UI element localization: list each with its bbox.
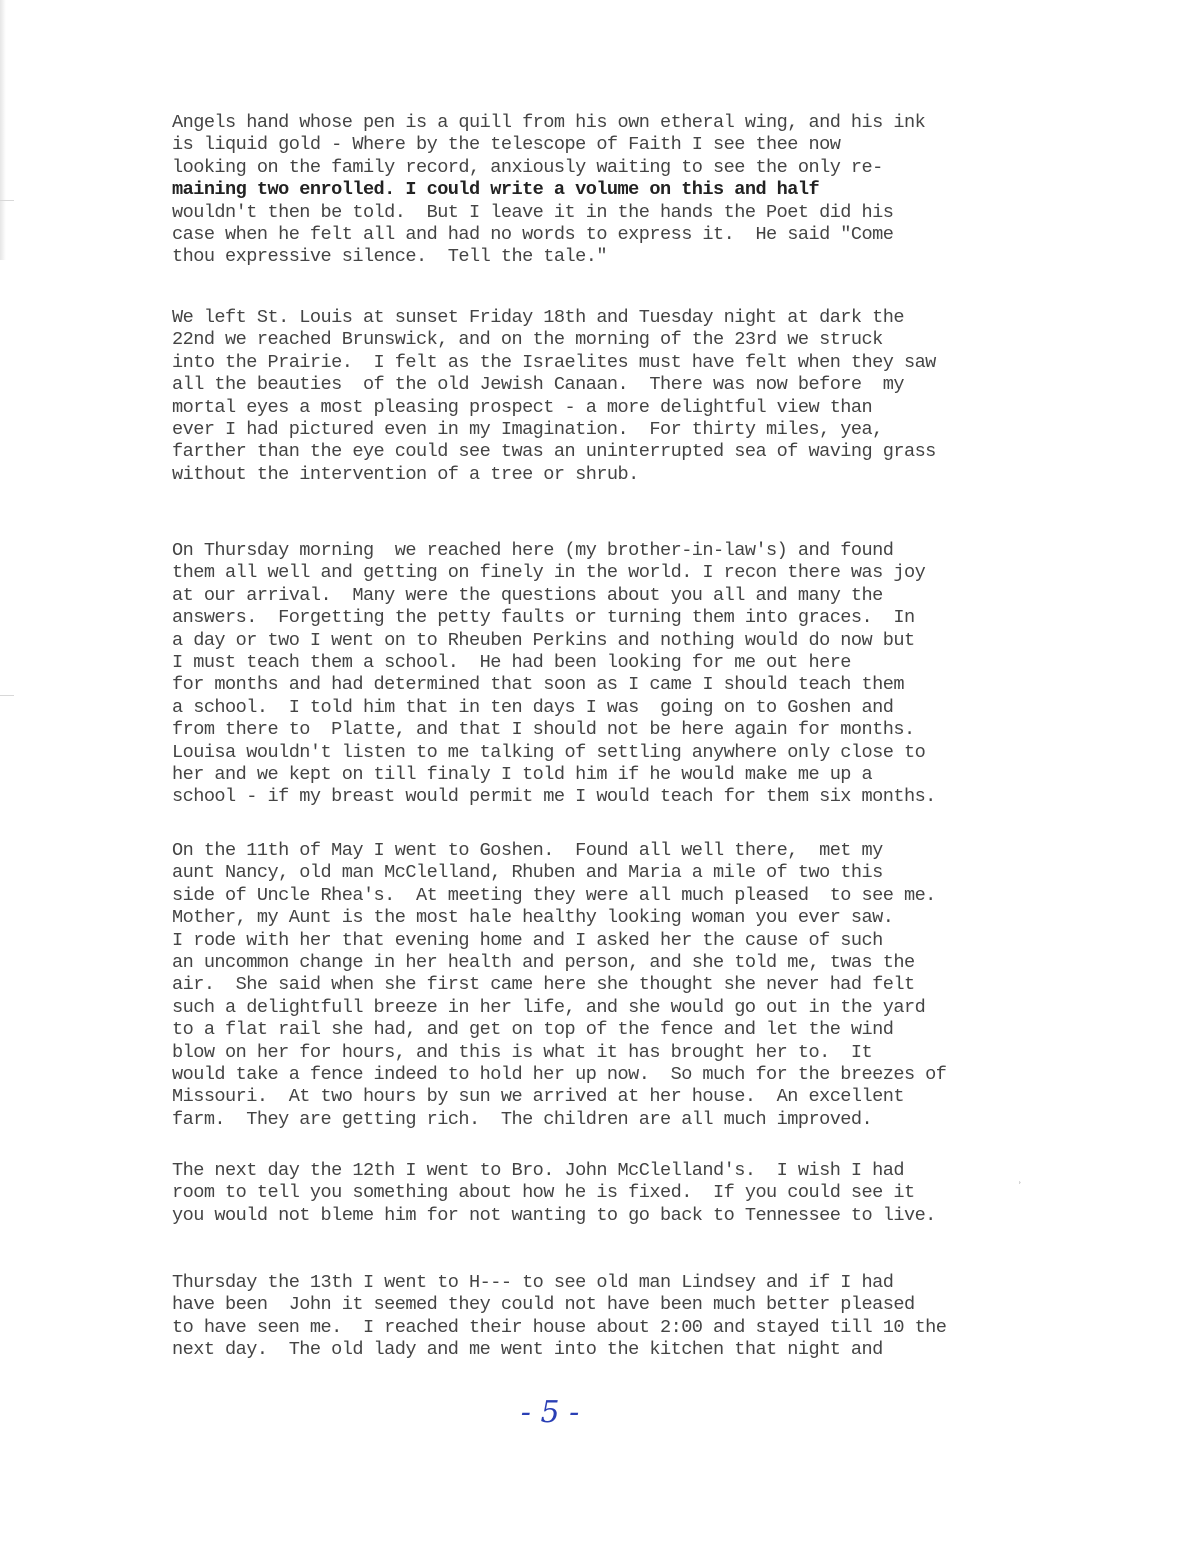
text-line: 22nd we reached Brunswick, and on the mo…	[172, 329, 936, 351]
text-line: Angels hand whose pen is a quill from hi…	[172, 112, 925, 134]
text-line: would take a fence indeed to hold her up…	[172, 1064, 946, 1086]
text-line: Louisa wouldn't listen to me talking of …	[172, 742, 936, 764]
text-line: without the intervention of a tree or sh…	[172, 464, 936, 486]
text-line: looking on the family record, anxiously …	[172, 157, 925, 179]
text-line: to a flat rail she had, and get on top o…	[172, 1019, 946, 1041]
text-line: I must teach them a school. He had been …	[172, 652, 936, 674]
text-line: We left St. Louis at sunset Friday 18th …	[172, 307, 936, 329]
text-line: thou expressive silence. Tell the tale."	[172, 246, 925, 268]
paragraph-left-st-louis: We left St. Louis at sunset Friday 18th …	[172, 307, 936, 486]
text-line: blow on her for hours, and this is what …	[172, 1042, 946, 1064]
text-line: side of Uncle Rhea's. At meeting they we…	[172, 885, 946, 907]
page-number: - 5 -	[500, 1395, 600, 1430]
text-line: school - if my breast would permit me I …	[172, 786, 936, 808]
text-line: On Thursday morning we reached here (my …	[172, 540, 936, 562]
text-line: mortal eyes a most pleasing prospect - a…	[172, 397, 936, 419]
text-line: answers. Forgetting the petty faults or …	[172, 607, 936, 629]
scan-edge-shadow	[0, 0, 6, 260]
text-line: air. She said when she first came here s…	[172, 974, 946, 996]
paragraph-thursday-morning: On Thursday morning we reached here (my …	[172, 540, 936, 809]
text-line: into the Prairie. I felt as the Israelit…	[172, 352, 936, 374]
text-line: such a delightfull breeze in her life, a…	[172, 997, 946, 1019]
text-line: an uncommon change in her health and per…	[172, 952, 946, 974]
text-line: all the beauties of the old Jewish Canaa…	[172, 374, 936, 396]
text-line: her and we kept on till finaly I told hi…	[172, 764, 936, 786]
paragraph-goshen: On the 11th of May I went to Goshen. Fou…	[172, 840, 946, 1131]
text-line: On the 11th of May I went to Goshen. Fou…	[172, 840, 946, 862]
text-line: at our arrival. Many were the questions …	[172, 585, 936, 607]
text-line: farther than the eye could see twas an u…	[172, 441, 936, 463]
text-line: case when he felt all and had no words t…	[172, 224, 925, 246]
scan-edge-mark	[0, 695, 14, 696]
text-line: for months and had determined that soon …	[172, 674, 936, 696]
text-line: Mother, my Aunt is the most hale healthy…	[172, 907, 946, 929]
text-line: next day. The old lady and me went into …	[172, 1339, 946, 1361]
text-line: them all well and getting on finely in t…	[172, 562, 936, 584]
text-line: is liquid gold - Where by the telescope …	[172, 134, 925, 156]
text-line: to have seen me. I reached their house a…	[172, 1317, 946, 1339]
text-line: you would not bleme him for not wanting …	[172, 1205, 936, 1227]
text-line: aunt Nancy, old man McClelland, Rhuben a…	[172, 862, 946, 884]
text-line: Missouri. At two hours by sun we arrived…	[172, 1086, 946, 1108]
margin-pen-mark: ʾ	[1016, 1180, 1023, 1194]
text-line: I rode with her that evening home and I …	[172, 930, 946, 952]
text-line: have been John it seemed they could not …	[172, 1294, 946, 1316]
paragraph-lindsey-visit: Thursday the 13th I went to H--- to see …	[172, 1272, 946, 1362]
text-line: a day or two I went on to Rheuben Perkin…	[172, 630, 936, 652]
text-line: farm. They are getting rich. The childre…	[172, 1109, 946, 1131]
text-line: maining two enrolled. I could write a vo…	[172, 179, 925, 201]
text-line: from there to Platte, and that I should …	[172, 719, 936, 741]
paragraph-angels-hand: Angels hand whose pen is a quill from hi…	[172, 112, 925, 269]
text-line: The next day the 12th I went to Bro. Joh…	[172, 1160, 936, 1182]
text-line: room to tell you something about how he …	[172, 1182, 936, 1204]
text-line: a school. I told him that in ten days I …	[172, 697, 936, 719]
text-line: wouldn't then be told. But I leave it in…	[172, 202, 925, 224]
scan-edge-mark	[0, 200, 14, 201]
paragraph-john-mcclelland: The next day the 12th I went to Bro. Joh…	[172, 1160, 936, 1227]
text-line: ever I had pictured even in my Imaginati…	[172, 419, 936, 441]
text-line: Thursday the 13th I went to H--- to see …	[172, 1272, 946, 1294]
